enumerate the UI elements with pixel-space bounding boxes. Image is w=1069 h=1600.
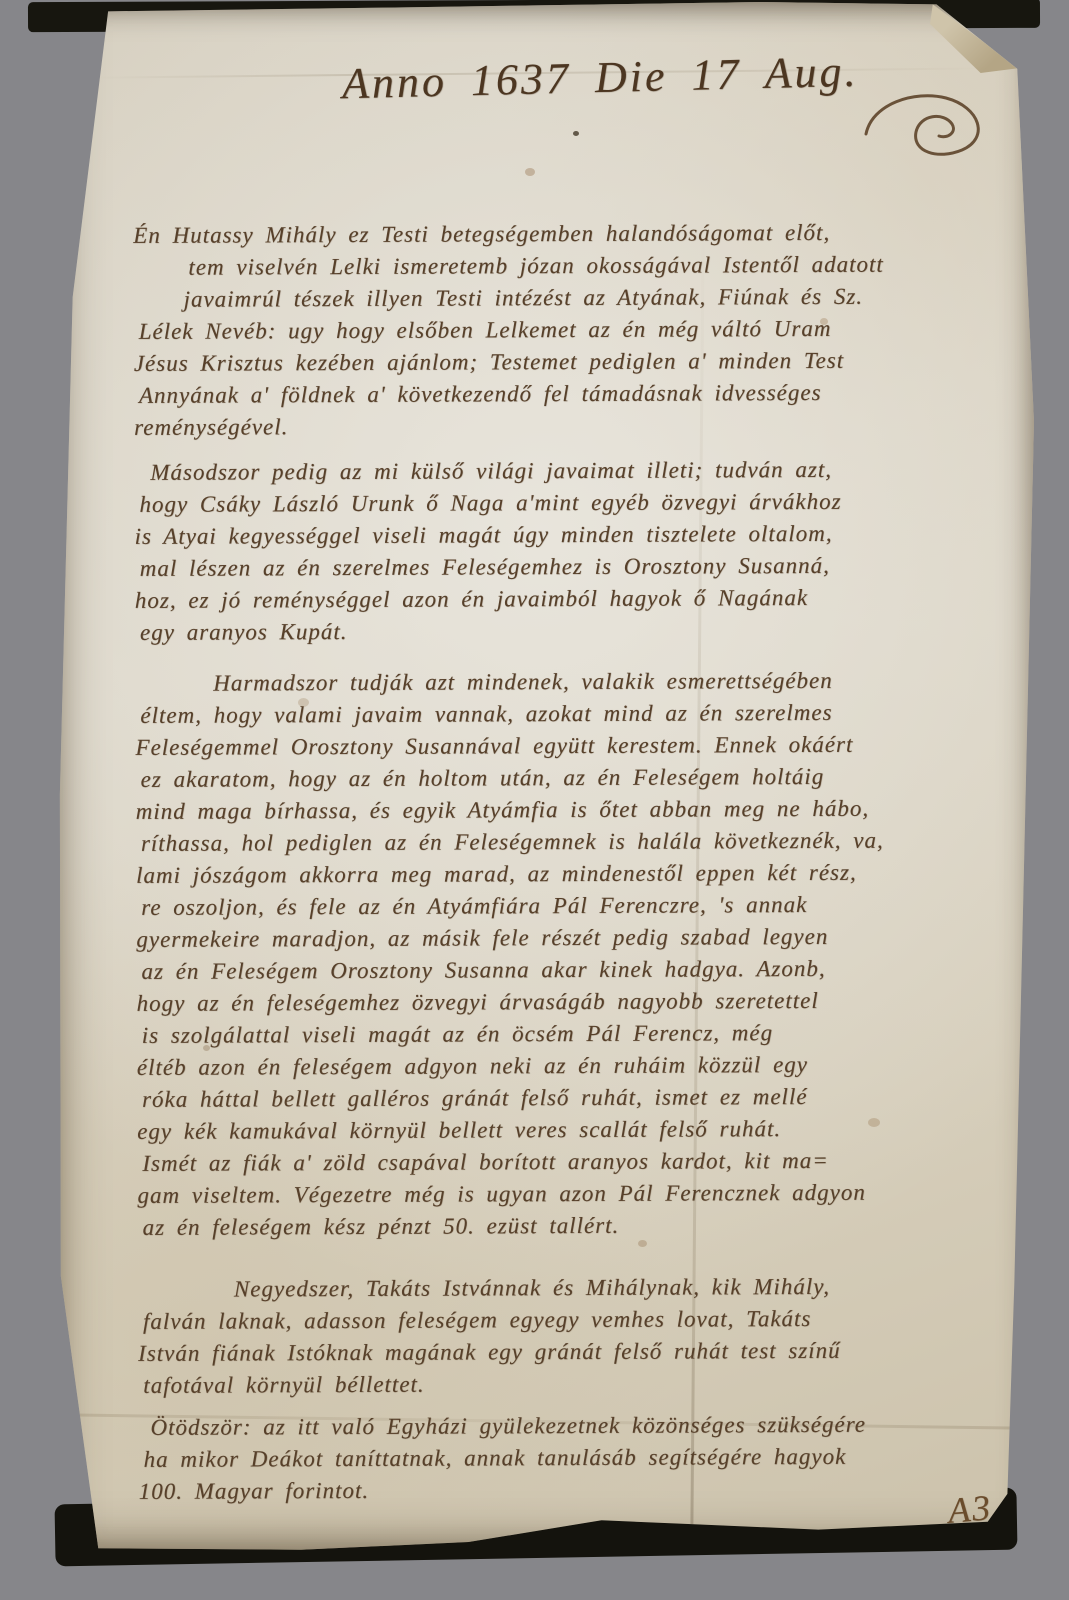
paragraph-1: Én Hutassy Mihály ez Testi betegségemben…	[133, 216, 1018, 444]
manuscript-line: róka háttal bellett galléros gránát fels…	[142, 1080, 1021, 1116]
paragraph-3: Harmadszor tudják azt mindenek, valakik …	[135, 664, 1022, 1244]
manuscript-line: hogy Csáky László Urunk ő Naga a'mint eg…	[139, 485, 1018, 521]
manuscript-line: lami jószágom akkorra meg marad, az mind…	[136, 856, 1020, 892]
manuscript-line: ha mikor Deákot taníttatnak, annak tanul…	[144, 1440, 1023, 1476]
manuscript-line: Jésus Krisztus kezében ajánlom; Testemet…	[134, 344, 1018, 380]
manuscript-line: tafotával környül béllettet.	[143, 1366, 1022, 1402]
manuscript-line: az én feleségem kész pénzt 50. ezüst tal…	[143, 1208, 1022, 1244]
paragraph-4: Negyedszer, Takáts Istvánnak és Mihályna…	[138, 1270, 1023, 1402]
manuscript-line: reménységével.	[134, 408, 1018, 444]
manuscript-line: tem viselvén Lelki ismeretemb józan okos…	[138, 248, 1017, 284]
manuscript-line: gyermekeire maradjon, az másik fele rész…	[136, 920, 1020, 956]
manuscript-line: mind maga bírhassa, és egyik Atyámfia is…	[136, 792, 1020, 828]
manuscript-line: Negyedszer, Takáts Istvánnak és Mihályna…	[138, 1270, 1022, 1306]
manuscript-line: Annyának a' földnek a' következendő fel …	[139, 376, 1018, 412]
manuscript-line: ríthassa, hol pediglen az én Feleségemne…	[141, 824, 1020, 860]
manuscript-line: egy aranyos Kupát.	[140, 613, 1019, 649]
paragraph-5: Ötödször: az itt való Egyházi gyülekezet…	[138, 1408, 1022, 1508]
manuscript-line: Én Hutassy Mihály ez Testi betegségemben…	[133, 216, 1017, 252]
manuscript-line: az én Feleségem Orosztony Susanna akar k…	[141, 952, 1020, 988]
manuscript-line: is szolgálattal viseli magát az én öcsém…	[142, 1016, 1021, 1052]
manuscript-line: István fiának Istóknak magának egy gráná…	[138, 1334, 1022, 1370]
manuscript-line: is Atyai kegyességgel viseli magát úgy m…	[135, 517, 1019, 553]
manuscript-line: 100. Magyar forintot.	[139, 1472, 1023, 1508]
manuscript-line: éltem, hogy valami javaim vannak, azokat…	[140, 696, 1019, 732]
manuscript-line: gam viseltem. Végezetre még is ugyan azo…	[137, 1176, 1021, 1212]
paragraph-2: Másodszor pedig az mi külső világi javai…	[134, 453, 1019, 649]
manuscript-line: Harmadszor tudják azt mindenek, valakik …	[135, 664, 1019, 700]
manuscript-line: egy kék kamukával környül bellett veres …	[137, 1112, 1021, 1148]
title-flourish-swash	[862, 86, 1002, 177]
manuscript-line: Lélek Nevéb: ugy hogy elsőben Lelkemet a…	[139, 312, 1018, 348]
manuscript-line: hogy az én feleségemhez özvegyi árvaságá…	[137, 984, 1021, 1020]
manuscript-line: javaimrúl tészek illyen Testi intézést a…	[133, 280, 1017, 316]
manuscript-page: Anno 1637 Die 17 Aug. Én Hutassy Mihály …	[50, 2, 1035, 1556]
manuscript-line: Feleségemmel Orosztony Susannával együtt…	[135, 728, 1019, 764]
manuscript-line: re oszoljon, és fele az én Atyámfiára Pá…	[141, 888, 1020, 924]
manuscript-line: ez akaratom, hogy az én holtom után, az …	[141, 760, 1020, 796]
manuscript-line: Ismét az fiák a' zöld csapával borított …	[142, 1144, 1021, 1180]
manuscript-line: falván laknak, adasson feleségem egyegy …	[143, 1302, 1022, 1338]
manuscript-line: hoz, ez jó reménységgel azon én javaimbó…	[135, 581, 1019, 617]
manuscript-line: Másodszor pedig az mi külső világi javai…	[134, 453, 1018, 489]
manuscript-body: Én Hutassy Mihály ez Testi betegségemben…	[133, 216, 1023, 1508]
manuscript-line: mal lészen az én szerelmes Feleségemhez …	[140, 549, 1019, 585]
manuscript-line: Ötödször: az itt való Egyházi gyülekezet…	[138, 1408, 1022, 1444]
manuscript-line: éltéb azon én feleségem adgyon neki az é…	[137, 1048, 1021, 1084]
